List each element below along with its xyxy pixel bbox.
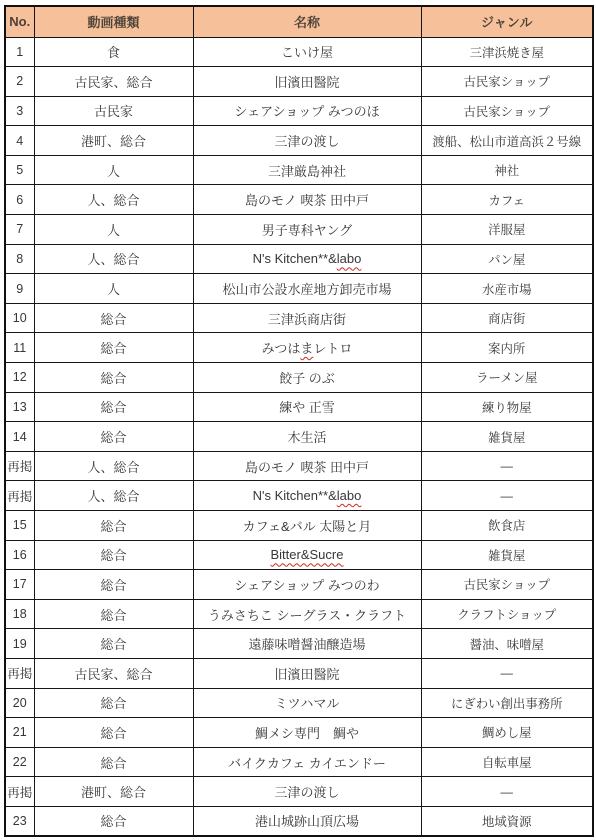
type-cell: 総合 [34, 599, 193, 629]
type-cell: 人 [34, 274, 193, 304]
type-cell: 総合 [34, 718, 193, 748]
type-cell: 総合 [34, 540, 193, 570]
type-cell: 総合 [34, 570, 193, 600]
name-cell: こいけ屋 [193, 37, 421, 67]
no-cell: 再掲 [5, 481, 34, 511]
table-row: 2古民家、総合旧濱田醫院古民家ショップ [5, 67, 593, 97]
name-cell: 木生活 [193, 422, 421, 452]
spellcheck-underline: labo [337, 251, 362, 266]
no-cell: 18 [5, 599, 34, 629]
genre-cell: 醤油、味噌屋 [421, 629, 593, 659]
header-row: No. 動画種類 名称 ジャンル [5, 6, 593, 37]
table-row: 10総合三津浜商店街商店街 [5, 303, 593, 333]
type-cell: 古民家 [34, 96, 193, 126]
table-row: 3古民家シェアショップ みつのほ古民家ショップ [5, 96, 593, 126]
name-cell: ミツハマル [193, 688, 421, 718]
table-row: 16総合Bitter&Sucre雑貨屋 [5, 540, 593, 570]
video-list-sheet: No. 動画種類 名称 ジャンル 1食こいけ屋三津浜焼き屋2古民家、総合旧濱田醫… [4, 5, 594, 837]
table-row: 9人松山市公設水産地方卸売市場水産市場 [5, 274, 593, 304]
genre-cell: 洋服屋 [421, 215, 593, 245]
type-cell: 総合 [34, 363, 193, 393]
no-cell: 8 [5, 244, 34, 274]
table-row: 4港町、総合三津の渡し渡船、松山市道高浜２号線 [5, 126, 593, 156]
name-cell: 旧濱田醫院 [193, 67, 421, 97]
genre-cell: ― [421, 658, 593, 688]
table-row: 再掲人、総合島のモノ 喫茶 田中戸― [5, 451, 593, 481]
type-cell: 人 [34, 155, 193, 185]
no-cell: 3 [5, 96, 34, 126]
no-cell: 再掲 [5, 658, 34, 688]
no-cell: 4 [5, 126, 34, 156]
video-list-table: No. 動画種類 名称 ジャンル 1食こいけ屋三津浜焼き屋2古民家、総合旧濱田醫… [4, 5, 594, 837]
table-row: 再掲港町、総合三津の渡し― [5, 777, 593, 807]
name-cell: 島のモノ 喫茶 田中戸 [193, 185, 421, 215]
name-cell: 三津の渡し [193, 777, 421, 807]
name-cell: カフェ&バル 太陽と月 [193, 511, 421, 541]
type-cell: 総合 [34, 747, 193, 777]
no-cell: 15 [5, 511, 34, 541]
table-row: 7人男子専科ヤング洋服屋 [5, 215, 593, 245]
genre-cell: ― [421, 481, 593, 511]
name-cell: 鯛メシ専門 鯛や [193, 718, 421, 748]
genre-cell: 練り物屋 [421, 392, 593, 422]
type-cell: 人 [34, 215, 193, 245]
table-body: 1食こいけ屋三津浜焼き屋2古民家、総合旧濱田醫院古民家ショップ3古民家シェアショ… [5, 37, 593, 836]
name-cell: 松山市公設水産地方卸売市場 [193, 274, 421, 304]
type-cell: 総合 [34, 422, 193, 452]
genre-cell: カフェ [421, 185, 593, 215]
column-header-genre: ジャンル [421, 6, 593, 37]
name-cell: 遠藤味噌醤油醸造場 [193, 629, 421, 659]
no-cell: 23 [5, 806, 34, 836]
genre-cell: 雑貨屋 [421, 422, 593, 452]
table-row: 8人、総合N's Kitchen**&laboパン屋 [5, 244, 593, 274]
genre-cell: ― [421, 451, 593, 481]
type-cell: 総合 [34, 511, 193, 541]
no-cell: 12 [5, 363, 34, 393]
table-row: 再掲人、総合N's Kitchen**&labo― [5, 481, 593, 511]
no-cell: 11 [5, 333, 34, 363]
genre-cell: 鯛めし屋 [421, 718, 593, 748]
no-cell: 7 [5, 215, 34, 245]
spellcheck-underline: ま [300, 341, 313, 356]
no-cell: 21 [5, 718, 34, 748]
genre-cell: 神社 [421, 155, 593, 185]
genre-cell: 商店街 [421, 303, 593, 333]
table-row: 20総合ミツハマルにぎわい創出事務所 [5, 688, 593, 718]
type-cell: 総合 [34, 303, 193, 333]
no-cell: 22 [5, 747, 34, 777]
table-row: 19総合遠藤味噌醤油醸造場醤油、味噌屋 [5, 629, 593, 659]
no-cell: 13 [5, 392, 34, 422]
name-cell: 旧濱田醫院 [193, 658, 421, 688]
spellcheck-underline: labo [337, 488, 362, 503]
name-cell: バイクカフェ カイエンドー [193, 747, 421, 777]
genre-cell: 古民家ショップ [421, 67, 593, 97]
type-cell: 総合 [34, 629, 193, 659]
no-cell: 19 [5, 629, 34, 659]
spellcheck-underline: Bitter&Sucre [271, 547, 344, 562]
type-cell: 古民家、総合 [34, 67, 193, 97]
table-row: 12総合餃子 のぶラーメン屋 [5, 363, 593, 393]
no-cell: 20 [5, 688, 34, 718]
name-cell: みつはまレトロ [193, 333, 421, 363]
table-header: No. 動画種類 名称 ジャンル [5, 6, 593, 37]
name-cell: 三津浜商店街 [193, 303, 421, 333]
name-cell: 三津厳島神社 [193, 155, 421, 185]
table-row: 11総合みつはまレトロ案内所 [5, 333, 593, 363]
name-cell: シェアショップ みつのほ [193, 96, 421, 126]
no-cell: 5 [5, 155, 34, 185]
genre-cell: ラーメン屋 [421, 363, 593, 393]
name-cell: N's Kitchen**&labo [193, 481, 421, 511]
table-row: 14総合木生活雑貨屋 [5, 422, 593, 452]
no-cell: 2 [5, 67, 34, 97]
table-row: 13総合練や 正雪練り物屋 [5, 392, 593, 422]
genre-cell: 案内所 [421, 333, 593, 363]
name-cell: 島のモノ 喫茶 田中戸 [193, 451, 421, 481]
type-cell: 人、総合 [34, 451, 193, 481]
name-cell: 三津の渡し [193, 126, 421, 156]
type-cell: 人、総合 [34, 244, 193, 274]
no-cell: 10 [5, 303, 34, 333]
name-cell: うみさちこ シーグラス・クラフト [193, 599, 421, 629]
genre-cell: 地域資源 [421, 806, 593, 836]
table-row: 21総合鯛メシ専門 鯛や鯛めし屋 [5, 718, 593, 748]
no-cell: 9 [5, 274, 34, 304]
table-row: 17総合シェアショップ みつのわ古民家ショップ [5, 570, 593, 600]
type-cell: 総合 [34, 333, 193, 363]
genre-cell: 古民家ショップ [421, 96, 593, 126]
no-cell: 16 [5, 540, 34, 570]
table-row: 18総合うみさちこ シーグラス・クラフトクラフトショップ [5, 599, 593, 629]
genre-cell: 水産市場 [421, 274, 593, 304]
type-cell: 総合 [34, 392, 193, 422]
table-row: 23総合港山城跡山頂広場地域資源 [5, 806, 593, 836]
no-cell: 6 [5, 185, 34, 215]
genre-cell: 古民家ショップ [421, 570, 593, 600]
no-cell: 1 [5, 37, 34, 67]
genre-cell: 渡船、松山市道高浜２号線 [421, 126, 593, 156]
genre-cell: 自転車屋 [421, 747, 593, 777]
name-cell: シェアショップ みつのわ [193, 570, 421, 600]
type-cell: 古民家、総合 [34, 658, 193, 688]
name-cell: N's Kitchen**&labo [193, 244, 421, 274]
name-cell: 港山城跡山頂広場 [193, 806, 421, 836]
table-row: 1食こいけ屋三津浜焼き屋 [5, 37, 593, 67]
no-cell: 再掲 [5, 777, 34, 807]
name-cell: Bitter&Sucre [193, 540, 421, 570]
no-cell: 14 [5, 422, 34, 452]
genre-cell: パン屋 [421, 244, 593, 274]
column-header-type: 動画種類 [34, 6, 193, 37]
table-row: 22総合バイクカフェ カイエンドー自転車屋 [5, 747, 593, 777]
no-cell: 17 [5, 570, 34, 600]
genre-cell: クラフトショップ [421, 599, 593, 629]
type-cell: 食 [34, 37, 193, 67]
table-row: 15総合カフェ&バル 太陽と月飲食店 [5, 511, 593, 541]
column-header-name: 名称 [193, 6, 421, 37]
genre-cell: 三津浜焼き屋 [421, 37, 593, 67]
type-cell: 人、総合 [34, 481, 193, 511]
column-header-no: No. [5, 6, 34, 37]
table-row: 再掲古民家、総合旧濱田醫院― [5, 658, 593, 688]
genre-cell: 飲食店 [421, 511, 593, 541]
type-cell: 人、総合 [34, 185, 193, 215]
type-cell: 総合 [34, 806, 193, 836]
genre-cell: ― [421, 777, 593, 807]
table-row: 6人、総合島のモノ 喫茶 田中戸カフェ [5, 185, 593, 215]
no-cell: 再掲 [5, 451, 34, 481]
type-cell: 港町、総合 [34, 126, 193, 156]
type-cell: 港町、総合 [34, 777, 193, 807]
genre-cell: にぎわい創出事務所 [421, 688, 593, 718]
name-cell: 餃子 のぶ [193, 363, 421, 393]
table-row: 5人三津厳島神社神社 [5, 155, 593, 185]
name-cell: 男子専科ヤング [193, 215, 421, 245]
name-cell: 練や 正雪 [193, 392, 421, 422]
type-cell: 総合 [34, 688, 193, 718]
genre-cell: 雑貨屋 [421, 540, 593, 570]
